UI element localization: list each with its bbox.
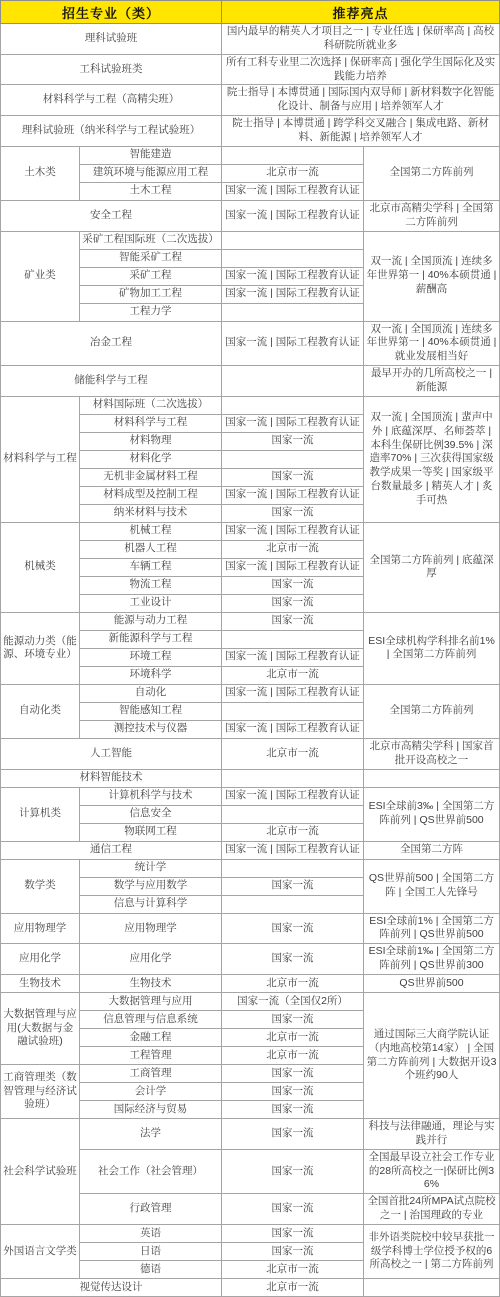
cert-cell: 国家一流 <box>222 877 364 895</box>
highlight-cell: ESI全球前3‰ | 全国第二方阵前列 | QS世界前500 <box>364 787 500 841</box>
category-cell: 工商管理类（数智管理与经济试验班） <box>1 1065 80 1119</box>
cert-cell: 国家一流 <box>222 612 364 630</box>
category-cell: 大数据管理与应用(大数据与金融试验班) <box>1 993 80 1065</box>
major-cell: 大数据管理与应用 <box>80 993 222 1011</box>
cert-cell: 北京市一流 <box>222 823 364 841</box>
major-cell: 车辆工程 <box>80 558 222 576</box>
table-row: 社会科学试验班法学国家一流科技与法律融通，理论与实践并行 <box>1 1119 500 1150</box>
category-cell: 自动化类 <box>1 684 80 738</box>
highlight-cell: 非外语类院校中较早获批一级学科博士学位授予权的6所高校之一 | 第二方阵前列 <box>364 1225 500 1279</box>
major-cell: 机械工程 <box>80 522 222 540</box>
cert-cell <box>222 895 364 913</box>
category-cell: 能源动力类（能源、环境专业） <box>1 612 80 684</box>
major-cell: 工商管理 <box>80 1065 222 1083</box>
cert-cell: 国家一流 <box>222 468 364 486</box>
major-cell: 测控技术与仪器 <box>80 720 222 738</box>
cert-cell: 国家一流 <box>222 576 364 594</box>
major-cell: 工程管理 <box>80 1047 222 1065</box>
major-cell: 智能建造 <box>80 146 222 164</box>
major-cell: 材料成型及控制工程 <box>80 486 222 504</box>
cert-cell: 国家一流 | 国际工程教育认证 <box>222 486 364 504</box>
major-cell: 金融工程 <box>80 1029 222 1047</box>
cert-cell <box>222 249 364 267</box>
cert-cell: 国家一流 | 国际工程教育认证 <box>222 285 364 303</box>
table-row: 理科试验班国内最早的精英人才项目之一 | 专业任选 | 保研率高 | 高校科研院… <box>1 24 500 55</box>
category-cell: 土木类 <box>1 146 80 200</box>
table-row: 安全工程国家一流 | 国际工程教育认证北京市高精尖学科 | 全国第二方阵前列 <box>1 200 500 231</box>
major-cell: 社会工作（社会管理） <box>80 1149 222 1194</box>
highlight-cell: 通过国际三大商学院认证（内地高校第14家） | 全国第二方阵前列 | 大数据开设… <box>364 993 500 1119</box>
major-cell: 材料物理 <box>80 432 222 450</box>
table-row: 工科试验班类所有工科专业里二次选择 | 保研率高 | 强化学生国际化及实践能力培… <box>1 54 500 85</box>
admissions-majors-page: 招生专业（类） 推荐亮点 理科试验班国内最早的精英人才项目之一 | 专业任选 |… <box>0 0 500 1297</box>
majors-table-body: 理科试验班国内最早的精英人才项目之一 | 专业任选 | 保研率高 | 高校科研院… <box>1 24 500 1297</box>
category-cell: 计算机类 <box>1 787 80 841</box>
cert-cell <box>222 146 364 164</box>
header-highlights-column: 推荐亮点 <box>222 1 500 24</box>
highlight-cell: ESI全球机构学科排名前1% | 全国第二方阵前列 <box>364 612 500 684</box>
major-cell: 建筑环境与能源应用工程 <box>80 164 222 182</box>
major-cell: 矿物加工工程 <box>80 285 222 303</box>
major-cell: 采矿工程 <box>80 267 222 285</box>
cert-cell: 国家一流 <box>222 913 364 944</box>
major-cell: 日语 <box>80 1243 222 1261</box>
major-cell: 信息安全 <box>80 805 222 823</box>
major-cell: 材料化学 <box>80 450 222 468</box>
highlight-cell: 双一流 | 全国顶流 | 连续多年世界第一 | 40%本硕贯通 | 薪酬高 <box>364 231 500 321</box>
table-row: 机械类机械工程国家一流 | 国际工程教育认证全国第二方阵前列 | 底蕴深厚 <box>1 522 500 540</box>
table-row: 矿业类采矿工程国际班（二次选拔）双一流 | 全国顶流 | 连续多年世界第一 | … <box>1 231 500 249</box>
cert-cell: 国家一流 | 国际工程教育认证 <box>222 787 364 805</box>
table-row: 材料科学与工程材料国际班（二次选拔）双一流 | 全国顶流 | 蜚声中外 | 底蕴… <box>1 396 500 414</box>
cert-cell: 国家一流 | 国际工程教育认证 <box>222 841 364 859</box>
highlight-cell: 国内最早的精英人才项目之一 | 专业任选 | 保研率高 | 高校科研院所就业多 <box>222 24 500 55</box>
table-row: 大数据管理与应用(大数据与金融试验班)大数据管理与应用国家一流（全国仅2所）通过… <box>1 993 500 1011</box>
cert-cell: 北京市一流 <box>222 1047 364 1065</box>
cert-cell: 北京市一流 <box>222 975 364 993</box>
highlight-cell: 北京市高精尖学科 | 全国第二方阵前列 <box>364 200 500 231</box>
major-cell: 人工智能 <box>1 738 222 769</box>
major-cell: 安全工程 <box>1 200 222 231</box>
major-cell: 材料国际班（二次选拔） <box>80 396 222 414</box>
cert-cell <box>222 366 364 397</box>
cert-cell: 国家一流 | 国际工程教育认证 <box>222 267 364 285</box>
major-cell: 统计学 <box>80 859 222 877</box>
cert-cell: 国家一流 | 国际工程教育认证 <box>222 720 364 738</box>
table-row: 理科试验班（纳米科学与工程试验班）院士指导 | 本博贯通 | 跨学科交叉融合 |… <box>1 116 500 147</box>
major-cell: 新能源科学与工程 <box>80 630 222 648</box>
highlight-cell: QS世界前500 | 全国第二方阵 | 全国工人先锋号 <box>364 859 500 913</box>
major-cell: 采矿工程国际班（二次选拔） <box>80 231 222 249</box>
major-cell: 通信工程 <box>1 841 222 859</box>
highlight-cell: 最早开办的几所高校之一 | 新能源 <box>364 366 500 397</box>
major-cell: 冶金工程 <box>1 321 222 366</box>
table-row: 视觉传达设计北京市一流 <box>1 1279 500 1297</box>
major-cell: 材料科学与工程（高精尖班） <box>1 85 222 116</box>
cert-cell: 北京市一流 <box>222 738 364 769</box>
table-row: 人工智能北京市一流北京市高精尖学科 | 国家首批开设高校之一 <box>1 738 500 769</box>
cert-cell: 国家一流 | 国际工程教育认证 <box>222 522 364 540</box>
cert-cell: 北京市一流 <box>222 666 364 684</box>
highlight-cell: 院士指导 | 本博贯通 | 跨学科交叉融合 | 集成电路、新材料、新能源 | 培… <box>222 116 500 147</box>
major-cell: 纳米材料与技术 <box>80 504 222 522</box>
major-cell: 英语 <box>80 1225 222 1243</box>
cert-cell <box>222 769 364 787</box>
major-cell: 环境科学 <box>80 666 222 684</box>
highlight-cell: 科技与法律融通，理论与实践并行 <box>364 1119 500 1150</box>
major-cell: 机器人工程 <box>80 540 222 558</box>
cert-cell: 国家一流 | 国际工程教育认证 <box>222 200 364 231</box>
cert-cell: 国家一流 <box>222 504 364 522</box>
cert-cell: 国家一流 | 国际工程教育认证 <box>222 414 364 432</box>
cert-cell: 国家一流 <box>222 1065 364 1083</box>
cert-cell <box>222 630 364 648</box>
highlight-cell: 双一流 | 全国顶流 | 连续多年世界第一 | 40%本硕贯通 | 就业发展相当… <box>364 321 500 366</box>
highlight-cell: 院士指导 | 本博贯通 | 国际国内双导师 | 新材料数字化智能化设计、制备与应… <box>222 85 500 116</box>
cert-cell <box>222 805 364 823</box>
table-row: 应用物理学应用物理学国家一流ESI全球前1% | 全国第二方阵前列 | QS世界… <box>1 913 500 944</box>
cert-cell: 国家一流 <box>222 1101 364 1119</box>
cert-cell: 国家一流 <box>222 1149 364 1194</box>
cert-cell: 北京市一流 <box>222 540 364 558</box>
category-cell: 应用化学 <box>1 944 80 975</box>
highlight-cell: ESI全球前1% | 全国第二方阵前列 | QS世界前500 <box>364 913 500 944</box>
cert-cell: 国家一流 <box>222 1083 364 1101</box>
major-cell: 工程力学 <box>80 303 222 321</box>
cert-cell: 国家一流 | 国际工程教育认证 <box>222 648 364 666</box>
major-cell: 理科试验班（纳米科学与工程试验班） <box>1 116 222 147</box>
majors-table: 招生专业（类） 推荐亮点 理科试验班国内最早的精英人才项目之一 | 专业任选 |… <box>0 0 500 1297</box>
highlight-cell <box>364 1279 500 1297</box>
category-cell: 机械类 <box>1 522 80 612</box>
category-cell: 社会科学试验班 <box>1 1119 80 1225</box>
major-cell: 行政管理 <box>80 1194 222 1225</box>
category-cell: 材料科学与工程 <box>1 396 80 522</box>
major-cell: 材料科学与工程 <box>80 414 222 432</box>
major-cell: 能源与动力工程 <box>80 612 222 630</box>
table-row: 通信工程国家一流 | 国际工程教育认证全国第二方阵 <box>1 841 500 859</box>
cert-cell: 北京市一流 <box>222 164 364 182</box>
major-cell: 储能科学与工程 <box>1 366 222 397</box>
table-row: 自动化类自动化国家一流 | 国际工程教育认证全国第二方阵前列 <box>1 684 500 702</box>
table-row: 外国语言文学类英语国家一流非外语类院校中较早获批一级学科博士学位授予权的6所高校… <box>1 1225 500 1243</box>
table-row: 应用化学应用化学国家一流ESI全球前1‰ | 全国第二方阵前列 | QS世界前3… <box>1 944 500 975</box>
cert-cell: 国家一流 <box>222 1194 364 1225</box>
table-row: 计算机类计算机科学与技术国家一流 | 国际工程教育认证ESI全球前3‰ | 全国… <box>1 787 500 805</box>
major-cell: 理科试验班 <box>1 24 222 55</box>
major-cell: 材料智能技术 <box>1 769 222 787</box>
major-cell: 国际经济与贸易 <box>80 1101 222 1119</box>
table-row: 生物技术生物技术北京市一流QS世界前500 <box>1 975 500 993</box>
major-cell: 无机非金属材料工程 <box>80 468 222 486</box>
cert-cell: 国家一流 <box>222 944 364 975</box>
category-cell: 外国语言文学类 <box>1 1225 80 1279</box>
cert-cell: 国家一流 | 国际工程教育认证 <box>222 182 364 200</box>
table-row: 冶金工程国家一流 | 国际工程教育认证双一流 | 全国顶流 | 连续多年世界第一… <box>1 321 500 366</box>
highlight-cell: QS世界前500 <box>364 975 500 993</box>
major-cell: 工科试验班类 <box>1 54 222 85</box>
cert-cell: 国家一流 <box>222 1011 364 1029</box>
major-cell: 物流工程 <box>80 576 222 594</box>
cert-cell: 北京市一流 <box>222 1279 364 1297</box>
cert-cell: 国家一流 <box>222 1243 364 1261</box>
major-cell: 德语 <box>80 1261 222 1279</box>
cert-cell: 国家一流 <box>222 594 364 612</box>
highlight-cell <box>364 769 500 787</box>
cert-cell <box>222 702 364 720</box>
highlight-cell: 全国第二方阵 <box>364 841 500 859</box>
table-header-row: 招生专业（类） 推荐亮点 <box>1 1 500 24</box>
highlight-cell: 双一流 | 全国顶流 | 蜚声中外 | 底蕴深厚、名师荟萃 | 本科生保研比例3… <box>364 396 500 522</box>
table-row: 材料科学与工程（高精尖班）院士指导 | 本博贯通 | 国际国内双导师 | 新材料… <box>1 85 500 116</box>
cert-cell <box>222 450 364 468</box>
major-cell: 视觉传达设计 <box>1 1279 222 1297</box>
cert-cell: 国家一流 | 国际工程教育认证 <box>222 684 364 702</box>
table-row: 材料智能技术 <box>1 769 500 787</box>
cert-cell: 北京市一流 <box>222 1261 364 1279</box>
major-cell: 信息管理与信息系统 <box>80 1011 222 1029</box>
category-cell: 数学类 <box>1 859 80 913</box>
highlight-cell: 北京市高精尖学科 | 国家首批开设高校之一 <box>364 738 500 769</box>
major-cell: 数学与应用数学 <box>80 877 222 895</box>
highlight-cell: 全国第二方阵前列 | 底蕴深厚 <box>364 522 500 612</box>
major-cell: 自动化 <box>80 684 222 702</box>
cert-cell: 国家一流 <box>222 432 364 450</box>
table-row: 储能科学与工程最早开办的几所高校之一 | 新能源 <box>1 366 500 397</box>
cert-cell: 国家一流（全国仅2所） <box>222 993 364 1011</box>
major-cell: 环境工程 <box>80 648 222 666</box>
category-cell: 矿业类 <box>1 231 80 321</box>
highlight-cell: 全国第二方阵前列 <box>364 146 500 200</box>
major-cell: 计算机科学与技术 <box>80 787 222 805</box>
cert-cell: 国家一流 | 国际工程教育认证 <box>222 321 364 366</box>
major-cell: 信息与计算科学 <box>80 895 222 913</box>
major-cell: 智能采矿工程 <box>80 249 222 267</box>
major-cell: 应用物理学 <box>80 913 222 944</box>
highlight-cell: 全国首批24所MPA试点院校之一 | 治国理政的专业 <box>364 1194 500 1225</box>
highlight-cell: ESI全球前1‰ | 全国第二方阵前列 | QS世界前300 <box>364 944 500 975</box>
category-cell: 应用物理学 <box>1 913 80 944</box>
highlight-cell: 全国第二方阵前列 <box>364 684 500 738</box>
major-cell: 智能感知工程 <box>80 702 222 720</box>
cert-cell <box>222 303 364 321</box>
major-cell: 应用化学 <box>80 944 222 975</box>
cert-cell <box>222 396 364 414</box>
major-cell: 工业设计 <box>80 594 222 612</box>
major-cell: 物联网工程 <box>80 823 222 841</box>
table-row: 土木类智能建造全国第二方阵前列 <box>1 146 500 164</box>
highlight-cell: 全国最早设立社会工作专业的28所高校之一|保研比例36% <box>364 1149 500 1194</box>
highlight-cell: 所有工科专业里二次选择 | 保研率高 | 强化学生国际化及实践能力培养 <box>222 54 500 85</box>
cert-cell <box>222 231 364 249</box>
header-majors-column: 招生专业（类） <box>1 1 222 24</box>
cert-cell: 国家一流 | 国际工程教育认证 <box>222 558 364 576</box>
cert-cell: 国家一流 <box>222 1119 364 1150</box>
cert-cell: 北京市一流 <box>222 1029 364 1047</box>
major-cell: 土木工程 <box>80 182 222 200</box>
table-row: 数学类统计学QS世界前500 | 全国第二方阵 | 全国工人先锋号 <box>1 859 500 877</box>
cert-cell <box>222 859 364 877</box>
category-cell: 生物技术 <box>1 975 80 993</box>
cert-cell: 国家一流 <box>222 1225 364 1243</box>
table-row: 能源动力类（能源、环境专业）能源与动力工程国家一流ESI全球机构学科排名前1% … <box>1 612 500 630</box>
major-cell: 法学 <box>80 1119 222 1150</box>
major-cell: 会计学 <box>80 1083 222 1101</box>
major-cell: 生物技术 <box>80 975 222 993</box>
